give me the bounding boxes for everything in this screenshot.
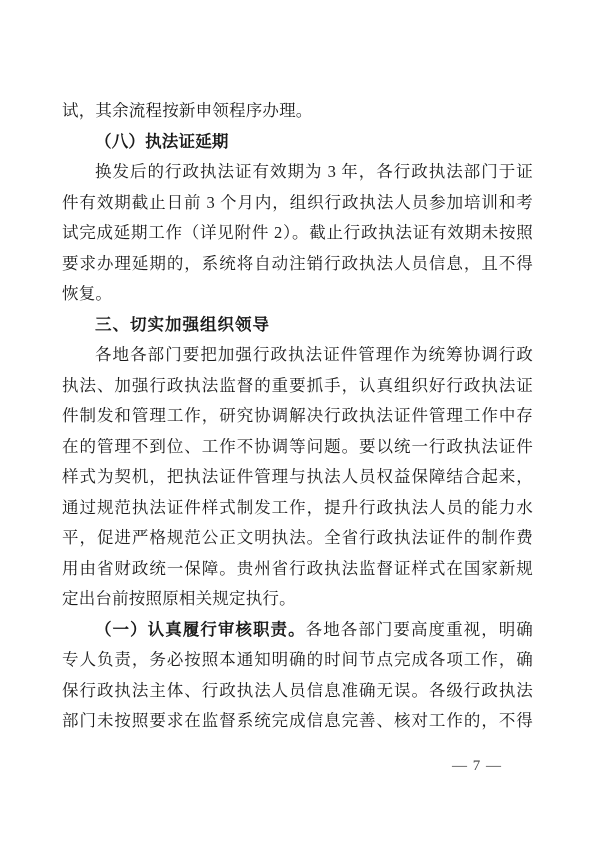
document-line: （一）认真履行审核职责。各地各部门要高度重视，明确 <box>62 615 533 646</box>
text-segment: 通过规范执法证件样式制发工作，提升行政执法人员的能力水 <box>62 498 533 517</box>
page-number: — 7 — <box>452 756 502 776</box>
document-body: 试，其余流程按新申领程序办理。（八）执法证延期换发后的行政执法证有效期为 3 年… <box>62 96 533 737</box>
text-segment: 执法、加强行政执法监督的重要抓手，认真组织好行政执法证 <box>62 376 533 395</box>
document-line: 保行政执法主体、行政执法人员信息准确无误。各级行政执法 <box>62 676 533 707</box>
document-line: 各地各部门要把加强行政执法证件管理作为统筹协调行政 <box>62 340 533 371</box>
document-line: 换发后的行政执法证有效期为 3 年，各行政执法部门于证 <box>62 157 533 188</box>
text-segment: 各地各部门要高度重视，明确 <box>306 620 533 639</box>
text-segment: 专人负责，务必按照本通知明确的时间节点完成各项工作，确 <box>62 650 533 669</box>
document-line: 通过规范执法证件样式制发工作，提升行政执法人员的能力水 <box>62 493 533 524</box>
document-line: 件有效期截止日前 3 个月内，组织行政执法人员参加培训和考 <box>62 188 533 219</box>
document-line: 执法、加强行政执法监督的重要抓手，认真组织好行政执法证 <box>62 371 533 402</box>
text-segment: 试，其余流程按新申领程序办理。 <box>62 101 313 120</box>
text-segment: 各地各部门要把加强行政执法证件管理作为统筹协调行政 <box>95 345 533 364</box>
text-segment: （八）执法证延期 <box>95 132 229 151</box>
text-segment: 部门未按照要求在监督系统完成信息完善、核对工作的，不得 <box>62 711 533 730</box>
text-segment: （一）认真履行审核职责。 <box>95 620 306 639</box>
text-segment: 三、切实加强组织领导 <box>95 316 270 334</box>
text-segment: 平，促进严格规范公正文明执法。全省行政执法证件的制作费 <box>62 528 533 547</box>
document-line: 用由省财政统一保障。贵州省行政执法监督证样式在国家新规 <box>62 554 533 585</box>
document-line: 恢复。 <box>62 279 533 310</box>
text-segment: 件有效期截止日前 3 个月内，组织行政执法人员参加培训和考 <box>62 193 533 212</box>
document-line: 部门未按照要求在监督系统完成信息完善、核对工作的，不得 <box>62 706 533 737</box>
text-segment: 用由省财政统一保障。贵州省行政执法监督证样式在国家新规 <box>62 559 533 578</box>
document-line: 要求办理延期的，系统将自动注销行政执法人员信息，且不得 <box>62 249 533 280</box>
document-line: 平，促进严格规范公正文明执法。全省行政执法证件的制作费 <box>62 523 533 554</box>
document-line: 在的管理不到位、工作不协调等问题。要以统一行政执法证件 <box>62 432 533 463</box>
document-line: 三、切实加强组织领导 <box>62 310 533 341</box>
document-line: （八）执法证延期 <box>62 127 533 158</box>
document-line: 试，其余流程按新申领程序办理。 <box>62 96 533 127</box>
text-segment: 样式为契机，把执法证件管理与执法人员权益保障结合起来， <box>62 467 533 486</box>
document-line: 件制发和管理工作，研究协调解决行政执法证件管理工作中存 <box>62 401 533 432</box>
text-segment: 恢复。 <box>62 284 112 303</box>
text-segment: 要求办理延期的，系统将自动注销行政执法人员信息，且不得 <box>62 254 533 273</box>
document-line: 专人负责，务必按照本通知明确的时间节点完成各项工作，确 <box>62 645 533 676</box>
text-segment: 在的管理不到位、工作不协调等问题。要以统一行政执法证件 <box>62 437 533 456</box>
text-segment: 件制发和管理工作，研究协调解决行政执法证件管理工作中存 <box>62 406 533 425</box>
text-segment: 试完成延期工作（详见附件 2）。截止行政执法证有效期未按照 <box>62 223 533 242</box>
document-line: 定出台前按照原相关规定执行。 <box>62 584 533 615</box>
text-segment: 换发后的行政执法证有效期为 3 年，各行政执法部门于证 <box>95 162 533 181</box>
document-line: 样式为契机，把执法证件管理与执法人员权益保障结合起来， <box>62 462 533 493</box>
document-page: 试，其余流程按新申领程序办理。（八）执法证延期换发后的行政执法证有效期为 3 年… <box>0 0 600 850</box>
document-line: 试完成延期工作（详见附件 2）。截止行政执法证有效期未按照 <box>62 218 533 249</box>
text-segment: 定出台前按照原相关规定执行。 <box>62 589 296 608</box>
text-segment: 保行政执法主体、行政执法人员信息准确无误。各级行政执法 <box>62 681 533 700</box>
